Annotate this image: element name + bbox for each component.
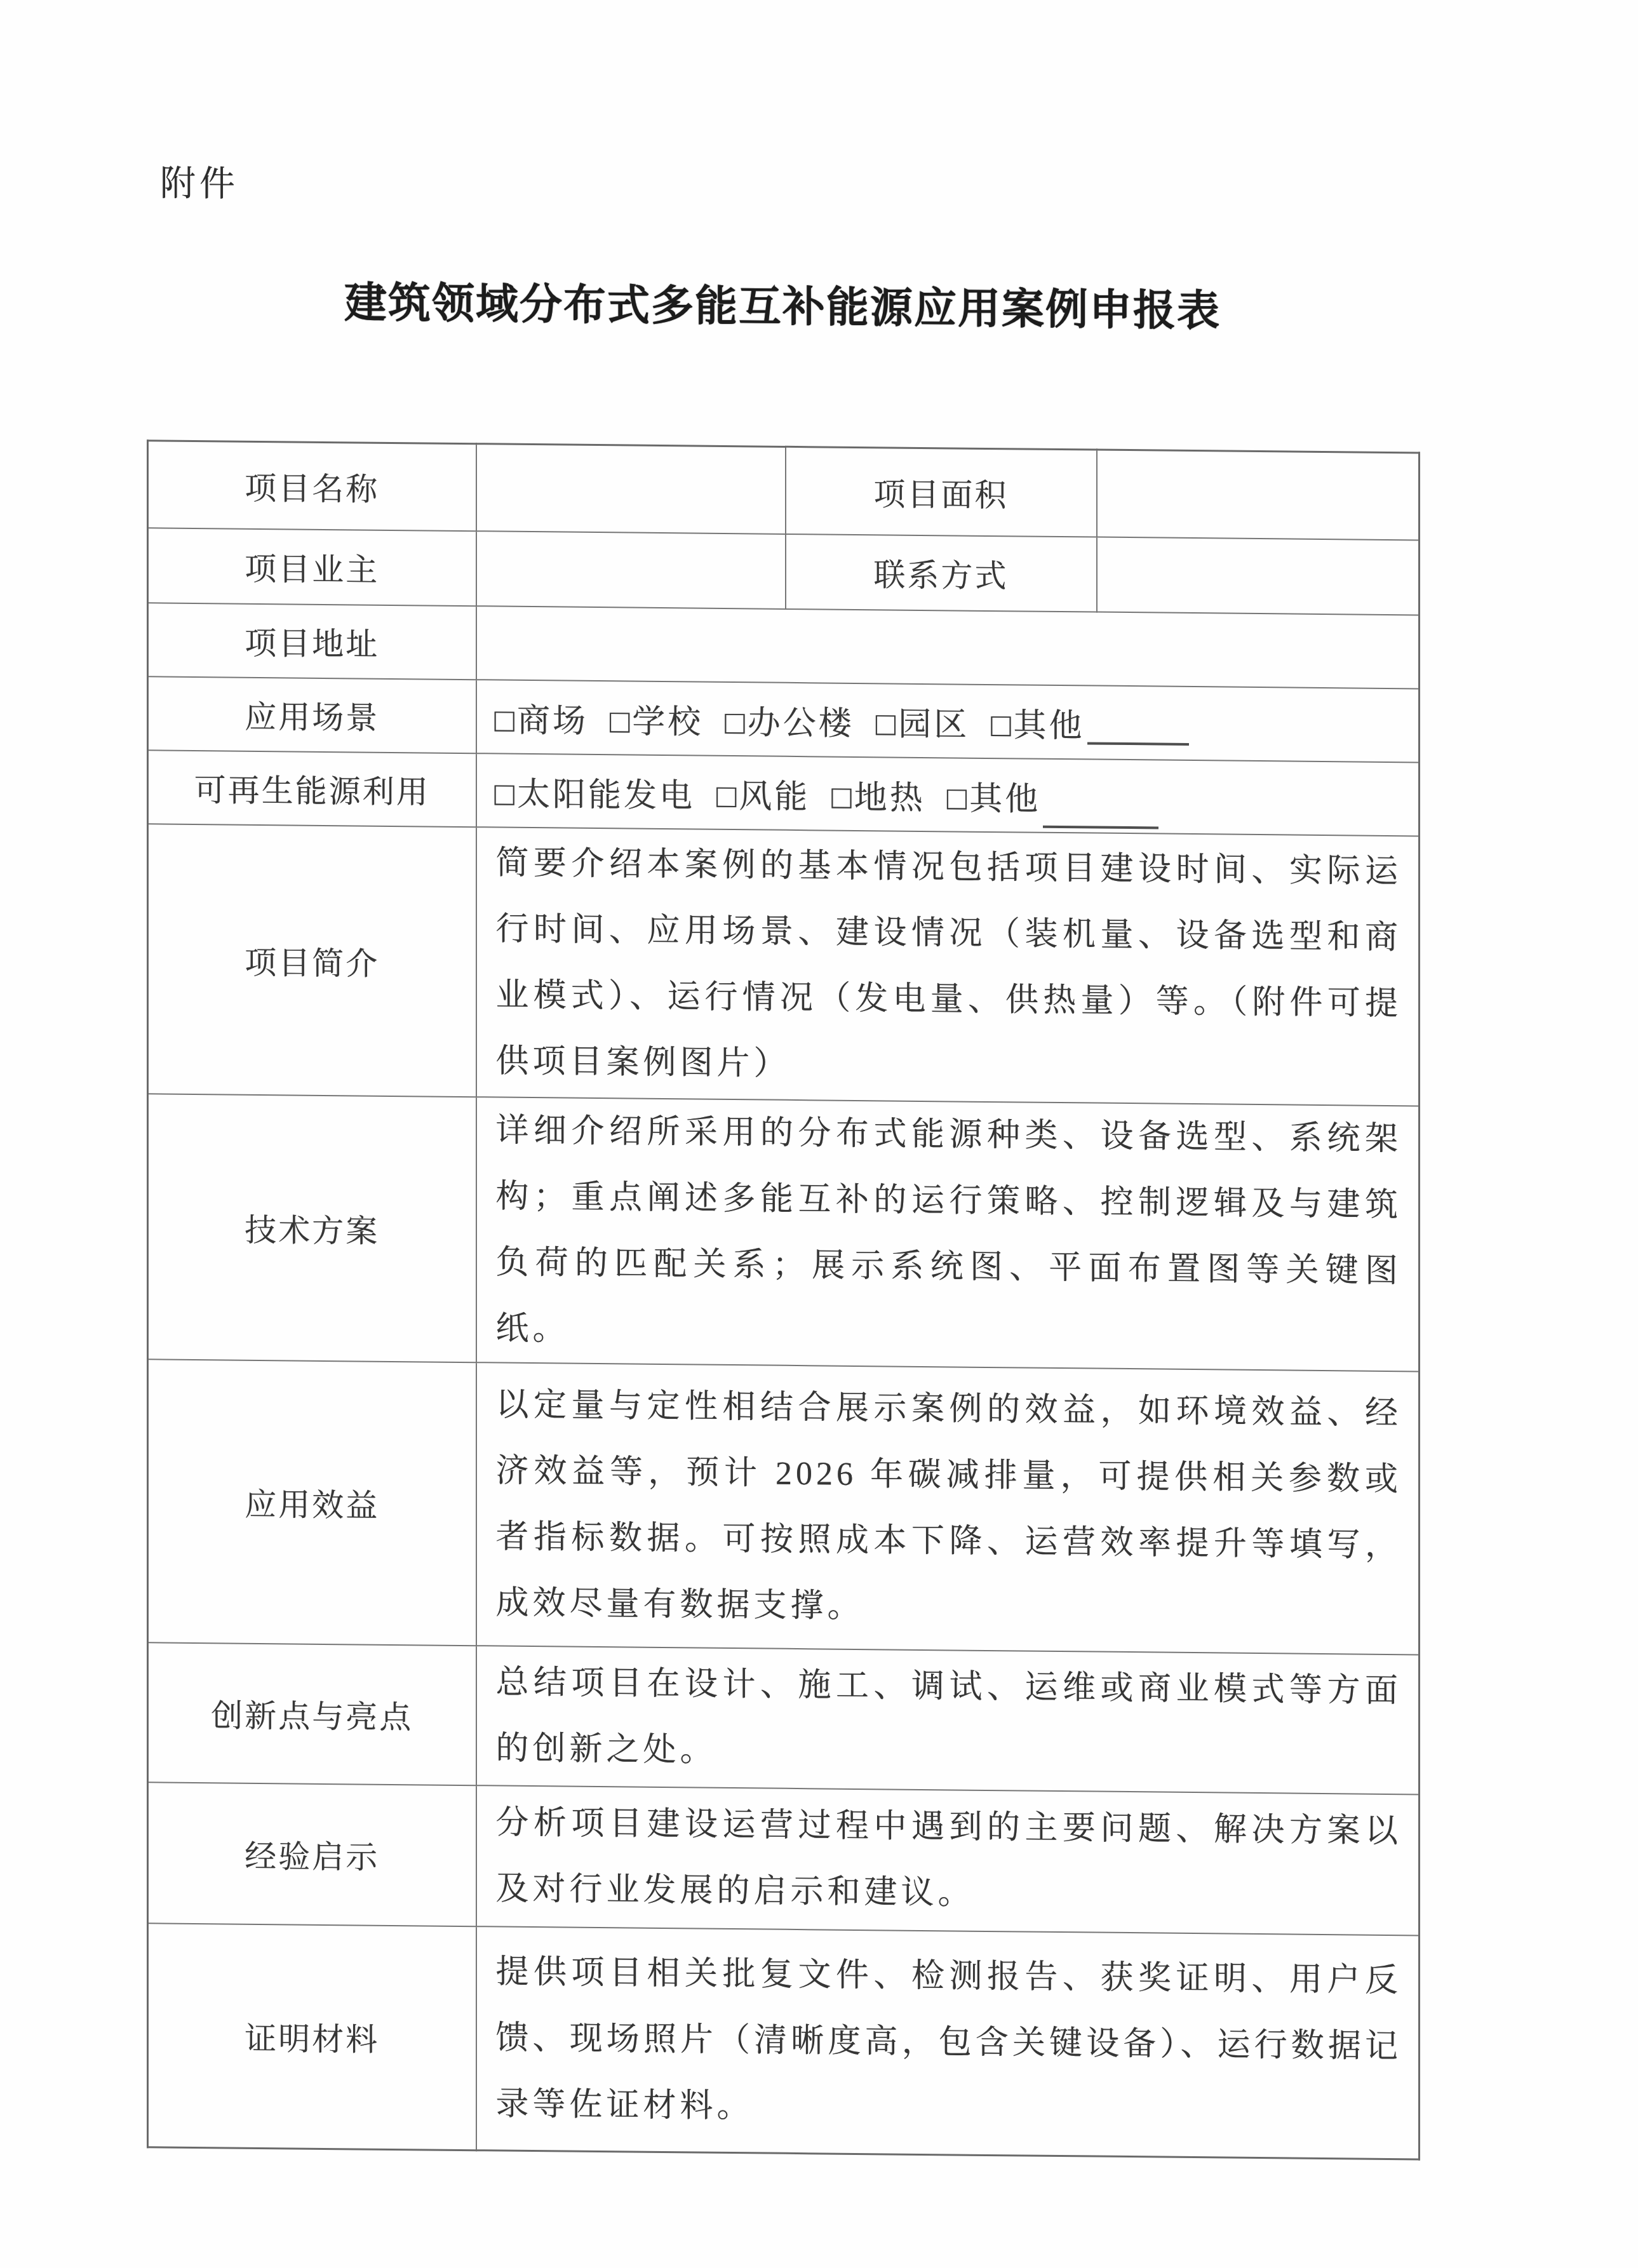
row-innovation-highlights: 创新点与亮点 总结项目在设计、施工、调试、运维或商业模式等方面的创新之处。 — [148, 1642, 1420, 1794]
proof-materials-text: 提供项目相关批复文件、检测报告、获奖证明、用户反馈、现场照片（清晰度高，包含关键… — [476, 1926, 1420, 2159]
project-intro-label: 项目简介 — [148, 824, 476, 1097]
row-technical-solution: 技术方案 详细介绍所采用的分布式能源种类、设备选型、系统架构；重点阐述多能互补的… — [148, 1094, 1420, 1371]
project-area-value-cell — [1097, 450, 1420, 540]
document-content: 附件 建筑领域分布式多能互补能源应用案例申报表 项目名称 项目面积 项目业主 联… — [0, 0, 1638, 2163]
project-address-label: 项目地址 — [148, 603, 476, 680]
renewable-energy-checkbox-options: □太阳能发电 □风能 □地热 □其他 — [495, 776, 1041, 817]
application-scenario-checkbox-options: □商场 □学校 □办公楼 □园区 □其他 — [495, 702, 1085, 744]
proof-materials-label: 证明材料 — [148, 1923, 476, 2150]
project-intro-text: 简要介绍本案例的基本情况包括项目建设时间、实际运行时间、应用场景、建设情况（装机… — [476, 827, 1420, 1106]
technical-solution-text: 详细介绍所采用的分布式能源种类、设备选型、系统架构；重点阐述多能互补的运行策略、… — [476, 1097, 1420, 1371]
renewable-energy-options-cell: □太阳能发电 □风能 □地热 □其他 — [476, 753, 1420, 836]
experience-insights-text: 分析项目建设运营过程中遇到的主要问题、解决方案以及对行业发展的启示和建议。 — [476, 1785, 1420, 1935]
application-scenario-options-cell: □商场 □学校 □办公楼 □园区 □其他 — [476, 680, 1420, 762]
project-area-label: 项目面积 — [786, 446, 1097, 537]
project-owner-label: 项目业主 — [148, 528, 476, 606]
row-application-benefits: 应用效益 以定量与定性相结合展示案例的效益，如环境效益、经济效益等，预计 202… — [148, 1359, 1420, 1654]
project-address-value-cell — [476, 606, 1420, 688]
document-title: 建筑领域分布式多能互补能源应用案例申报表 — [147, 267, 1418, 340]
row-project-owner: 项目业主 联系方式 — [148, 528, 1420, 615]
experience-insights-label: 经验启示 — [148, 1782, 476, 1926]
innovation-highlights-text: 总结项目在设计、施工、调试、运维或商业模式等方面的创新之处。 — [476, 1646, 1420, 1794]
row-application-scenario: 应用场景 □商场 □学校 □办公楼 □园区 □其他 — [148, 676, 1420, 762]
application-benefits-text: 以定量与定性相结合展示案例的效益，如环境效益、经济效益等，预计 2026 年碳减… — [476, 1362, 1420, 1654]
innovation-highlights-label: 创新点与亮点 — [148, 1642, 476, 1785]
row-renewable-energy: 可再生能源利用 □太阳能发电 □风能 □地热 □其他 — [148, 750, 1420, 836]
technical-solution-label: 技术方案 — [148, 1094, 476, 1362]
application-scenario-label: 应用场景 — [148, 676, 476, 753]
renewable-energy-label: 可再生能源利用 — [148, 750, 476, 827]
project-name-label: 项目名称 — [148, 441, 476, 531]
attachment-label: 附件 — [160, 1, 1638, 220]
row-project-address: 项目地址 — [148, 603, 1420, 688]
row-experience-insights: 经验启示 分析项目建设运营过程中遇到的主要问题、解决方案以及对行业发展的启示和建… — [148, 1782, 1420, 1935]
other-blank-line — [1087, 742, 1189, 746]
application-benefits-label: 应用效益 — [148, 1359, 476, 1646]
project-name-value-cell — [476, 444, 786, 534]
scanned-document-page: 附件 建筑领域分布式多能互补能源应用案例申报表 项目名称 项目面积 项目业主 联… — [0, 0, 1638, 2268]
contact-label: 联系方式 — [786, 534, 1097, 612]
project-owner-value-cell — [476, 531, 786, 609]
other-blank-line — [1043, 825, 1158, 829]
application-form-table: 项目名称 项目面积 项目业主 联系方式 项目地址 应用场景 □商场 □学校 □办… — [147, 440, 1420, 2160]
contact-value-cell — [1097, 537, 1420, 615]
row-project-intro: 项目简介 简要介绍本案例的基本情况包括项目建设时间、实际运行时间、应用场景、建设… — [148, 824, 1420, 1106]
row-project-name: 项目名称 项目面积 — [148, 441, 1420, 540]
row-proof-materials: 证明材料 提供项目相关批复文件、检测报告、获奖证明、用户反馈、现场照片（清晰度高… — [148, 1923, 1420, 2159]
